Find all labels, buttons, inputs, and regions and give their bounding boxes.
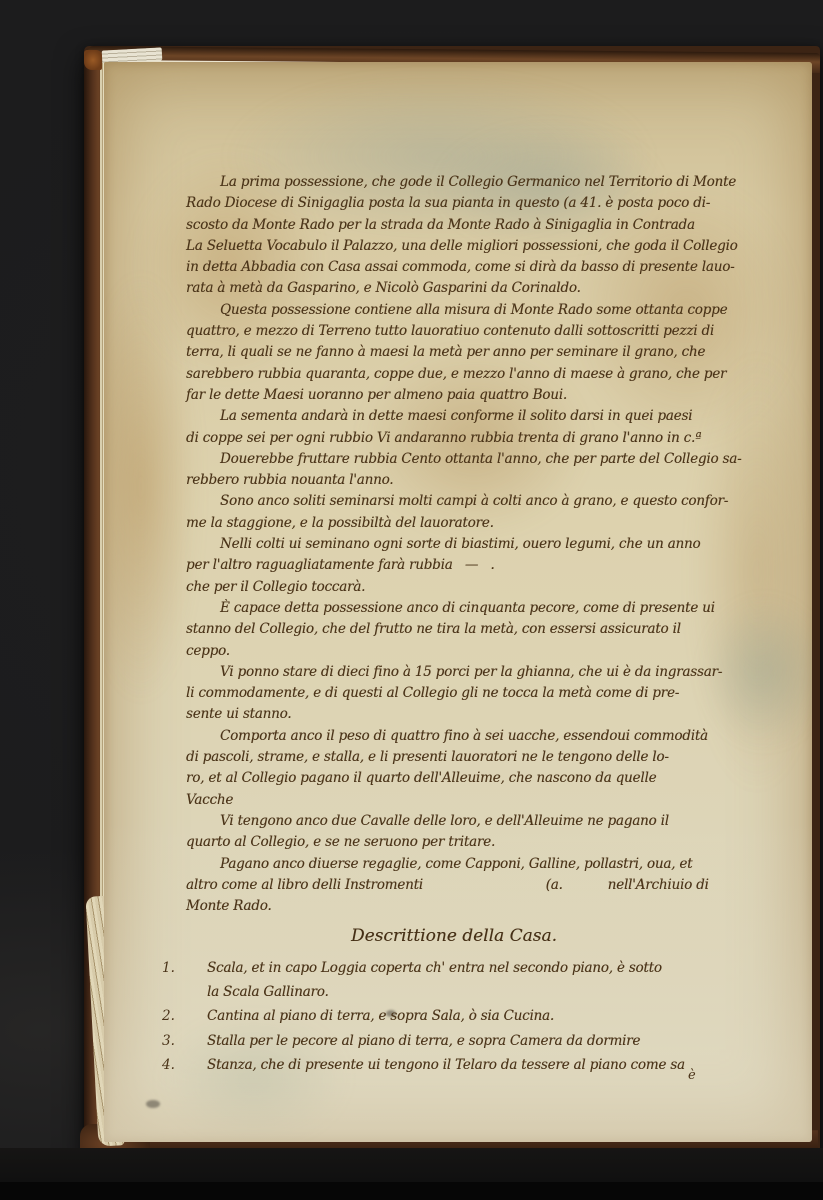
- manuscript-line: Vi tengono anco due Cavalle delle loro, …: [158, 811, 790, 832]
- list-number: 4.: [158, 1054, 207, 1078]
- manuscript-line: li commodamente, e di questi al Collegio…: [158, 683, 790, 704]
- manuscript-line: la Scala Gallinaro.: [207, 981, 790, 1005]
- manuscript-line: Comporta anco il peso di quattro fino à …: [158, 726, 790, 747]
- manuscript-page: La prima possessione, che gode il Colleg…: [104, 62, 812, 1142]
- list-number: 2.: [158, 1005, 207, 1029]
- table-edge-band: [0, 1182, 823, 1200]
- manuscript-line: È capace detta possessione anco di cinqu…: [158, 598, 790, 619]
- manuscript-line: Monte Rado.: [158, 896, 790, 917]
- manuscript-line: La Seluetta Vocabulo il Palazzo, una del…: [158, 236, 790, 257]
- manuscript-line: Pagano anco diuerse regaglie, come Cappo…: [158, 854, 790, 875]
- list-number: 1.: [158, 957, 207, 1004]
- manuscript-line: Scala, et in capo Loggia coperta ch' ent…: [207, 957, 790, 981]
- manuscript-line: sente ui stanno.: [158, 704, 790, 725]
- manuscript-line: Cantina al piano di terra, e sopra Sala,…: [207, 1005, 790, 1029]
- manuscript-line: di coppe sei per ogni rubbio Vi andarann…: [158, 428, 790, 449]
- torn-leather-corner: [84, 50, 102, 70]
- list-number: 3.: [158, 1030, 207, 1054]
- manuscript-line: rebbero rubbia nouanta l'anno.: [158, 470, 790, 491]
- manuscript-line: in detta Abbadia con Casa assai commoda,…: [158, 257, 790, 278]
- manuscript-line: rata à metà da Gasparino, e Nicolò Gaspa…: [158, 278, 790, 299]
- manuscript-line: La prima possessione, che gode il Colleg…: [158, 172, 790, 193]
- manuscript-line: altro come al libro delli Instromenti (a…: [158, 875, 790, 896]
- list-item: 2.Cantina al piano di terra, e sopra Sal…: [158, 1005, 790, 1029]
- manuscript-line: Stanza, che di presente ui tengono il Te…: [207, 1054, 790, 1078]
- manuscript-line: per l'altro raguagliatamente farà rubbia…: [158, 555, 790, 576]
- manuscript-line: sarebbero rubbia quaranta, coppe due, e …: [158, 364, 790, 385]
- manuscript-line: Nelli colti ui seminano ogni sorte di bi…: [158, 534, 790, 555]
- manuscript-line: Douerebbe fruttare rubbia Cento ottanta …: [158, 449, 790, 470]
- list-item-text: Scala, et in capo Loggia coperta ch' ent…: [207, 957, 790, 1004]
- manuscript-line: Vi ponno stare di dieci fino à 15 porci …: [158, 662, 790, 683]
- manuscript-line: La sementa andarà in dette maesi conform…: [158, 406, 790, 427]
- manuscript-line: me la staggione, e la possibiltà del lau…: [158, 513, 790, 534]
- section-heading: Descrittione della Casa.: [158, 924, 750, 948]
- manuscript-line: che per il Collegio toccarà.: [158, 577, 790, 598]
- photo-background: La prima possessione, che gode il Colleg…: [0, 0, 823, 1200]
- manuscript-line: Vacche: [158, 790, 790, 811]
- list-item: 3.Stalla per le pecore al piano di terra…: [158, 1030, 790, 1054]
- manuscript-line: di pascoli, strame, e stalla, e li prese…: [158, 747, 790, 768]
- manuscript-line: Sono anco soliti seminarsi molti campi à…: [158, 491, 790, 512]
- catchword: è: [688, 1068, 696, 1084]
- list-item-text: Stanza, che di presente ui tengono il Te…: [207, 1054, 790, 1078]
- manuscript-line: quattro, e mezzo di Terreno tutto lauora…: [158, 321, 790, 342]
- ink-speck: [146, 1100, 160, 1108]
- house-description-list: 1.Scala, et in capo Loggia coperta ch' e…: [158, 957, 790, 1078]
- manuscript-line: ceppo.: [158, 641, 790, 662]
- manuscript-line: terra, li quali se ne fanno à maesi la m…: [158, 342, 790, 363]
- manuscript-line: Rado Diocese di Sinigaglia posta la sua …: [158, 193, 790, 214]
- manuscript-line: stanno del Collegio, che del frutto ne t…: [158, 619, 790, 640]
- manuscript-line: scosto da Monte Rado per la strada da Mo…: [158, 215, 790, 236]
- paragraphs: La prima possessione, che gode il Colleg…: [158, 172, 790, 917]
- list-item: 1.Scala, et in capo Loggia coperta ch' e…: [158, 957, 790, 1004]
- manuscript-line: Stalla per le pecore al piano di terra, …: [207, 1030, 790, 1054]
- manuscript-line: quarto al Collegio, e se ne seruono per …: [158, 832, 790, 853]
- manuscript-line: ro, et al Collegio pagano il quarto dell…: [158, 768, 790, 789]
- manuscript-text: La prima possessione, che gode il Colleg…: [158, 172, 790, 1079]
- list-item-text: Stalla per le pecore al piano di terra, …: [207, 1030, 790, 1054]
- list-item-text: Cantina al piano di terra, e sopra Sala,…: [207, 1005, 790, 1029]
- manuscript-line: far le dette Maesi uoranno per almeno pa…: [158, 385, 790, 406]
- manuscript-line: Questa possessione contiene alla misura …: [158, 300, 790, 321]
